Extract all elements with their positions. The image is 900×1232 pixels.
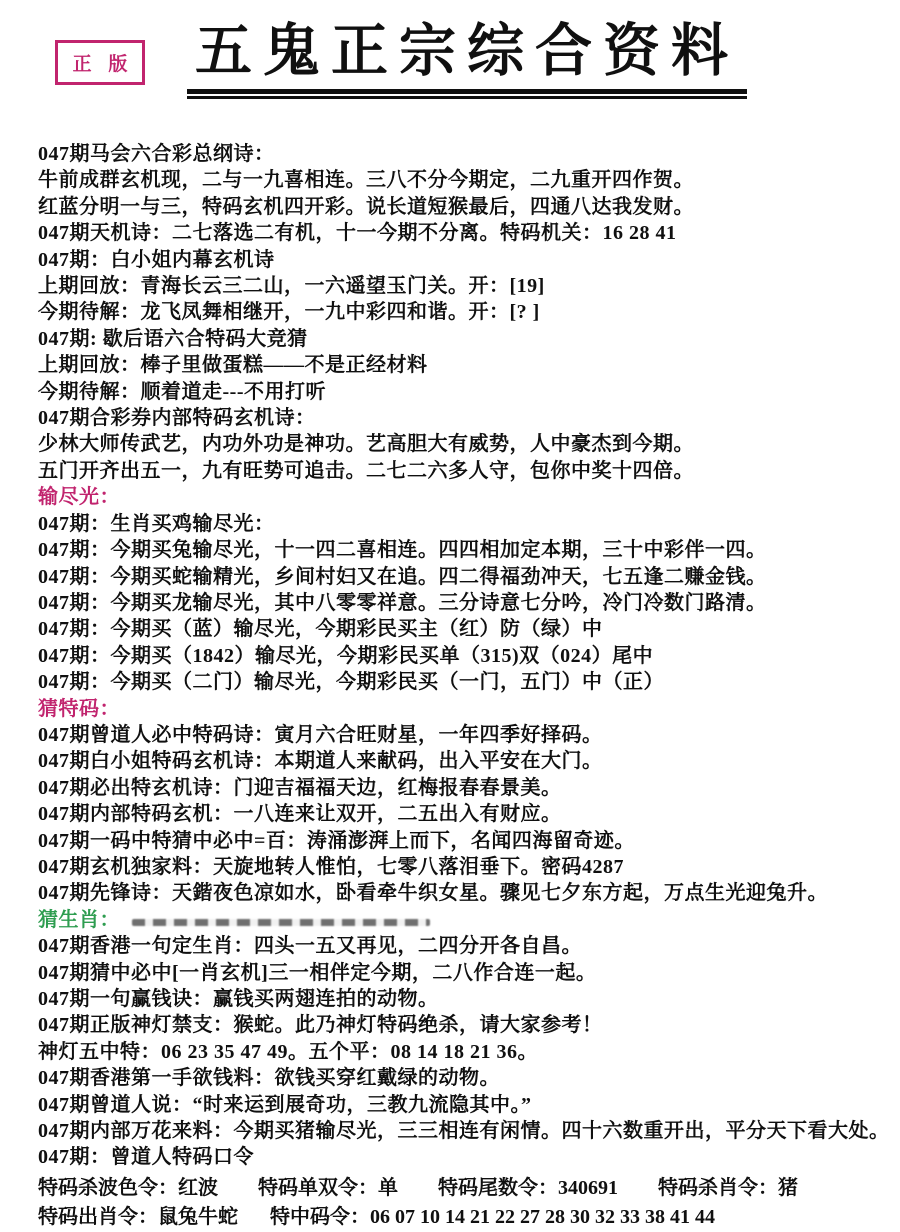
text-line: 今期待解：龙飞凤舞相继开，一九中彩四和谐。开：[? ]	[38, 299, 886, 325]
section-header-losing-all: 输尽光：	[38, 484, 886, 510]
content-body: 047期马会六合彩总纲诗： 牛前成群玄机现，二与一九喜相连。三八不分今期定，二九…	[0, 138, 900, 1171]
text-line: 047期：曾道人特码口令	[38, 1144, 886, 1170]
text-line: 047期：生肖买鸡输尽光：	[38, 511, 886, 537]
lottery-tips-page: 正 版 五鬼正宗综合资料 047期马会六合彩总纲诗： 牛前成群玄机现，二与一九喜…	[0, 0, 900, 1232]
footer-item: 特码出肖令：鼠兔牛蛇	[38, 1203, 238, 1232]
text-line: 047期: 歇后语六合特码大竞猜	[38, 326, 886, 352]
footer-item: 特码尾数令：340691	[438, 1174, 618, 1204]
section-header-guess-zodiac: 猜生肖：	[38, 907, 886, 933]
text-line: 047期正版神灯禁支：猴蛇。此乃神灯特码绝杀，请大家参考！	[38, 1012, 886, 1038]
footer-item: 特中码令：06 07 10 14 21 22 27 28 30 32 33 38…	[270, 1203, 715, 1232]
text-line: 047期天机诗：二七落选二有机，十一今期不分离。特码机关：16 28 41	[38, 220, 886, 246]
text-line: 047期先锋诗：天鍇夜色凉如水，卧看牵牛织女星。骤见七夕东方起，万点生光迎兔升。	[38, 880, 886, 906]
text-line: 047期马会六合彩总纲诗：	[38, 141, 886, 167]
text-line: 红蓝分明一与三，特码玄机四开彩。说长道短猴最后，四通八达我发财。	[38, 194, 886, 220]
summary-footer: 特码杀波色令：红波 特码单双令：单 特码尾数令：340691 特码杀肖令：猪 特…	[0, 1171, 900, 1232]
text-line: 047期曾道人说：“时来运到展奇功，三教九流隐其中。”	[38, 1092, 886, 1118]
footer-item: 特码杀肖令：猪	[658, 1174, 798, 1204]
section-header-guess-special-code: 猜特码：	[38, 696, 886, 722]
text-line: 047期合彩券内部特码玄机诗：	[38, 405, 886, 431]
text-line: 047期：今期买（二门）输尽光，今期彩民买（一门，五门）中（正）	[38, 669, 886, 695]
text-line: 047期内部特码玄机：一八连来让双开，二五出入有财应。	[38, 801, 886, 827]
text-line: 上期回放：青海长云三二山，一六遥望玉门关。开：[19]	[38, 273, 886, 299]
text-line: 047期猜中必中[一肖玄机]三一相伴定今期，二八作合连一起。	[38, 960, 886, 986]
text-line: 047期：今期买蛇输精光，乡间村妇又在追。四二得福劲冲天，七五逢二赚金钱。	[38, 564, 886, 590]
text-line: 047期一句赢钱诀：赢钱买两翅连拍的动物。	[38, 986, 886, 1012]
text-line: 047期：今期买（1842）输尽光，今期彩民买单（315)双（024）尾中	[38, 643, 886, 669]
text-line: 牛前成群玄机现，二与一九喜相连。三八不分今期定，二九重开四作贺。	[38, 167, 886, 193]
text-line: 上期回放：棒子里做蛋糕——不是正经材料	[38, 352, 886, 378]
text-line: 047期：今期买（蓝）输尽光，今期彩民买主（红）防（绿）中	[38, 616, 886, 642]
text-line: 少林大师传武艺，内功外功是神功。艺高胆大有威势，人中豪杰到今期。	[38, 431, 886, 457]
text-line: 047期：今期买兔输尽光，十一四二喜相连。四四相加定本期，三十中彩伴一四。	[38, 537, 886, 563]
text-line: 047期香港第一手欲钱料：欲钱买穿红戴绿的动物。	[38, 1065, 886, 1091]
text-line: 047期香港一句定生肖：四头一五又再见，二四分开各自昌。	[38, 933, 886, 959]
footer-row: 特码出肖令：鼠兔牛蛇 特中码令：06 07 10 14 21 22 27 28 …	[38, 1203, 890, 1232]
section-header-label: 猜生肖：	[38, 907, 120, 933]
text-line: 047期白小姐特码玄机诗：本期道人来献码，出入平安在大门。	[38, 748, 886, 774]
footer-item: 特码单双令：单	[258, 1174, 398, 1204]
text-line: 神灯五中特：06 23 35 47 49。五个平：08 14 18 21 36。	[38, 1039, 886, 1065]
footer-row: 特码杀波色令：红波 特码单双令：单 特码尾数令：340691 特码杀肖令：猪	[38, 1174, 890, 1204]
text-line: 047期：白小姐内幕玄机诗	[38, 247, 886, 273]
authenticity-badge: 正 版	[55, 40, 145, 85]
text-line: 047期必出特玄机诗：门迎吉福福天边，红梅报春春景美。	[38, 775, 886, 801]
text-line: 047期一码中特猜中必中=百：涛涌澎湃上而下，名闻四海留奇迹。	[38, 828, 886, 854]
text-line: 五门开齐出五一，九有旺势可追击。二七二六多人守，包你中奖十四倍。	[38, 458, 886, 484]
text-line: 047期曾道人必中特码诗：寅月六合旺财星，一年四季好择码。	[38, 722, 886, 748]
page-header: 正 版 五鬼正宗综合资料	[0, 0, 900, 138]
text-line: 047期内部万花来料：今期买猪输尽光，三三相连有闲情。四十六数重开出，平分天下看…	[38, 1118, 886, 1144]
text-line: 今期待解：顺着道走---不用打听	[38, 379, 886, 405]
page-title: 五鬼正宗综合资料	[187, 20, 747, 94]
redacted-smudge	[132, 919, 430, 926]
text-line: 047期玄机独家料：天旋地转人惟怕，七零八落泪垂下。密码4287	[38, 854, 886, 880]
text-line: 047期：今期买龙输尽光，其中八零零祥意。三分诗意七分吟，冷门冷数门路清。	[38, 590, 886, 616]
footer-item: 特码杀波色令：红波	[38, 1174, 218, 1204]
